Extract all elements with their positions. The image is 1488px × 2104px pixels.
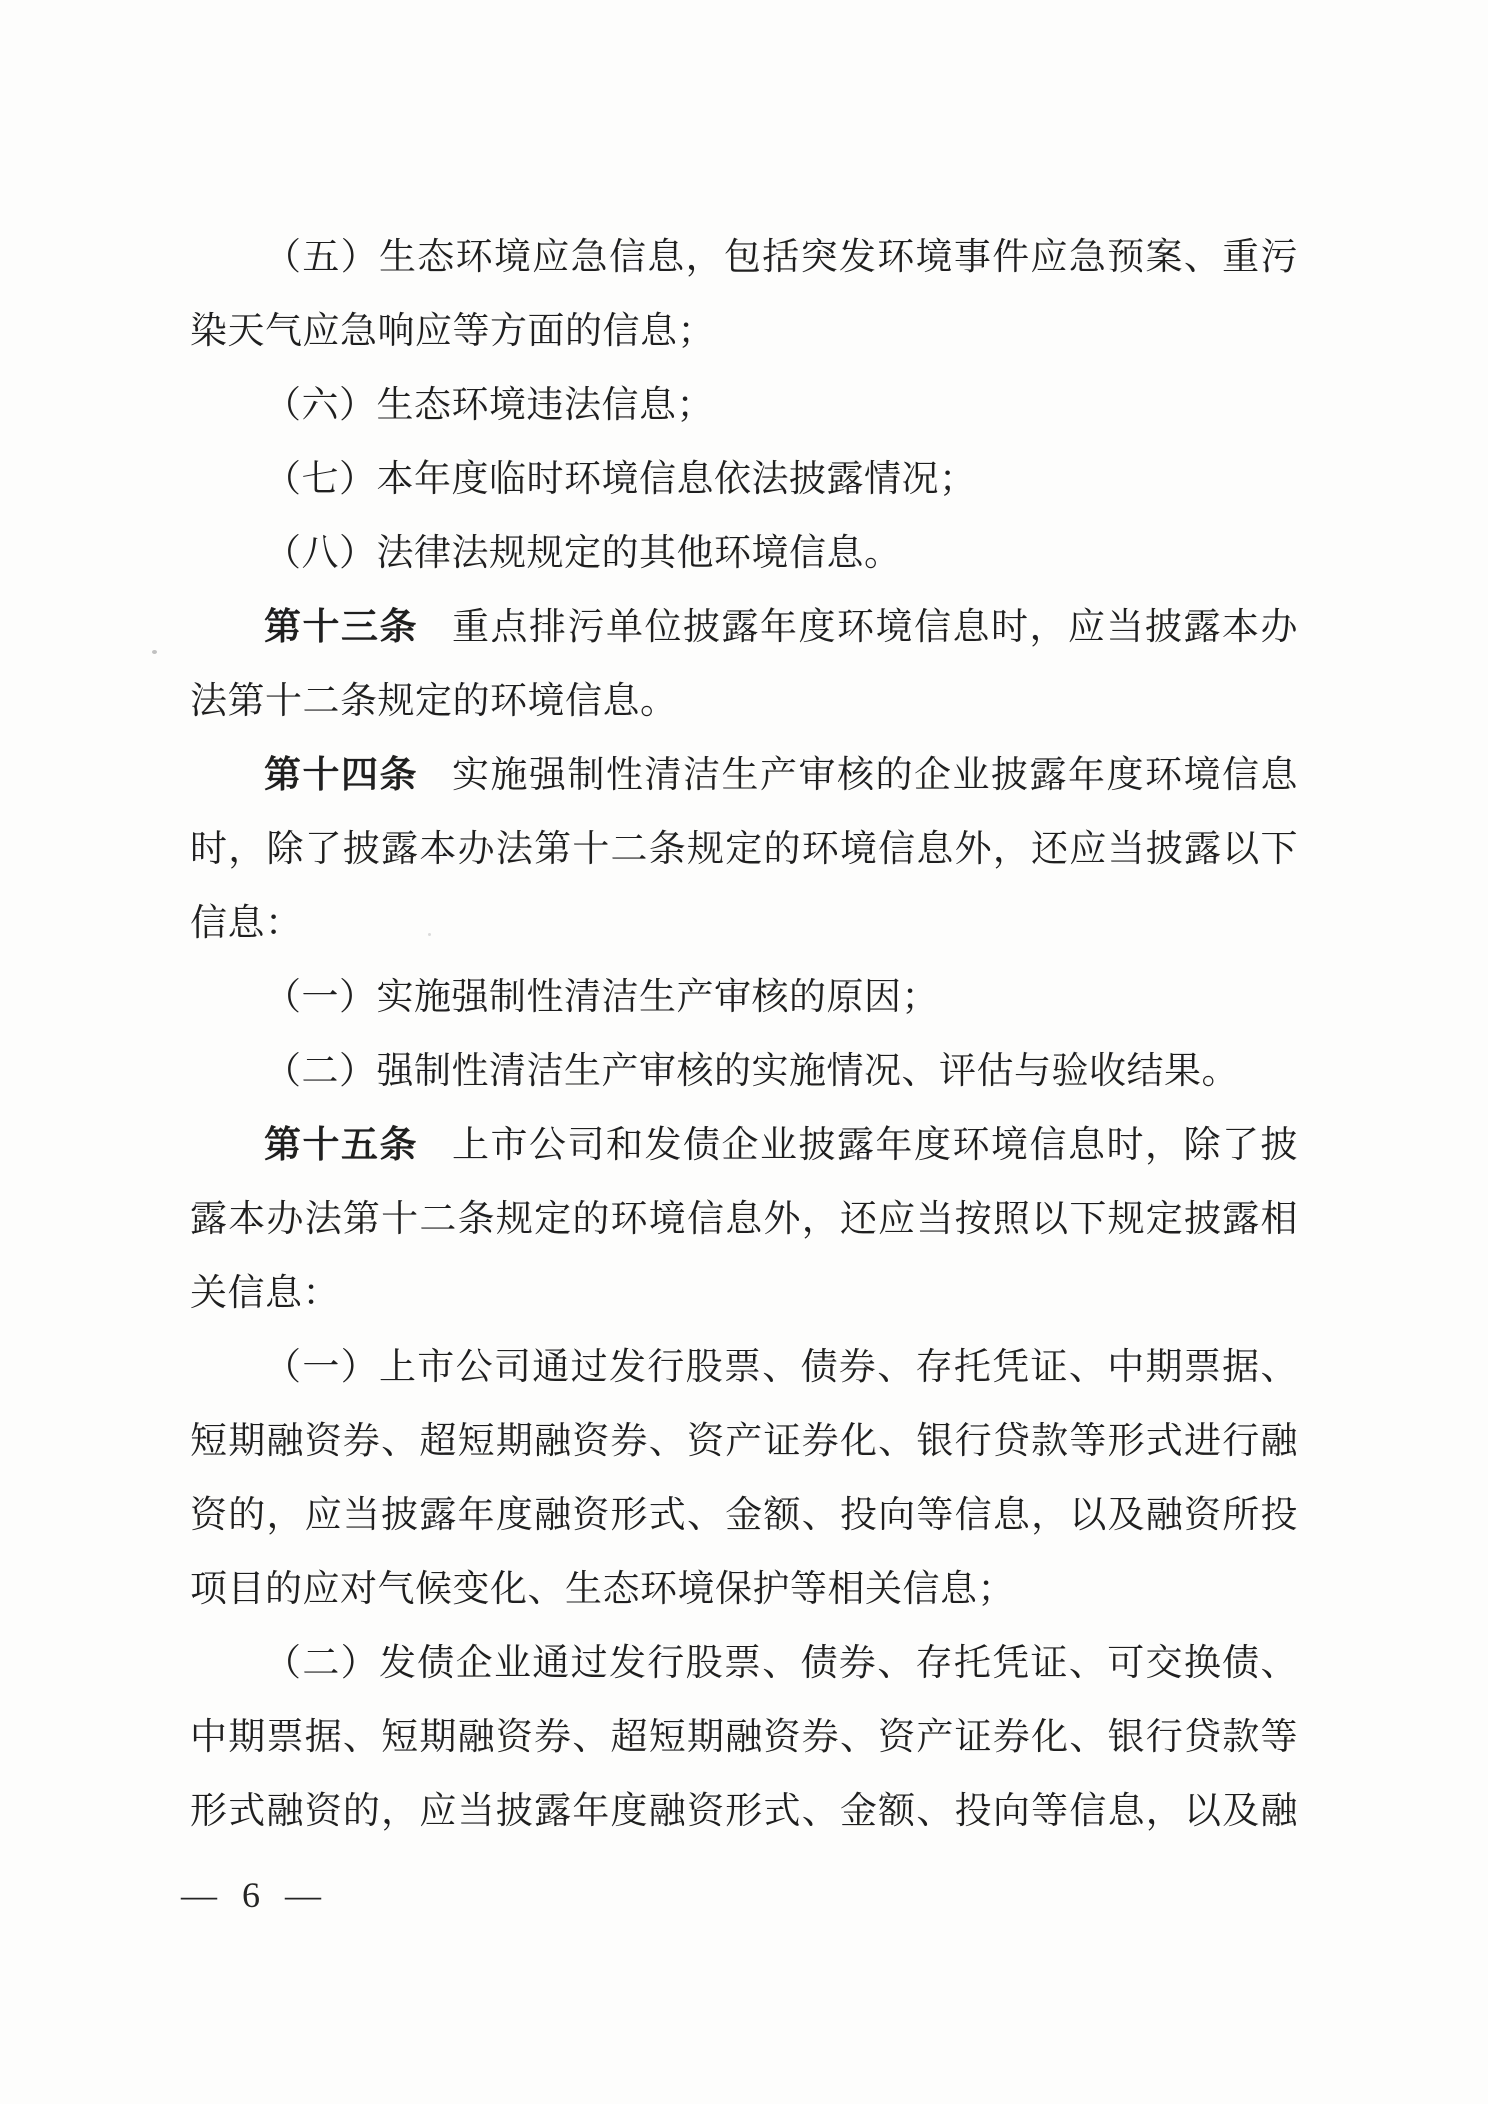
document-page: （五）生态环境应急信息，包括突发环境事件应急预案、重污 染天气应急响应等方面的信… [0,0,1488,2104]
line-text: 实施强制性清洁生产审核的企业披露年度环境信息 [452,755,1298,796]
body-line: 短期融资券、超短期融资券、资产证券化、银行贷款等形式进行融 [190,1405,1298,1479]
body-line: 第十三条重点排污单位披露年度环境信息时，应当披露本办 [190,591,1298,665]
paragraph-item-5: （五）生态环境应急信息，包括突发环境事件应急预案、重污 染天气应急响应等方面的信… [190,221,1298,369]
line-text: 露本办法第十二条规定的环境信息外，还应当按照以下规定披露相 [190,1199,1298,1240]
line-text: （二）发债企业通过发行股票、债券、存托凭证、可交换债、 [264,1643,1298,1684]
article-number-label: 第十四条 [264,755,418,796]
paragraph-item-2-cleanprod: （二）强制性清洁生产审核的实施情况、评估与验收结果。 [190,1035,1298,1109]
body-line: （二）强制性清洁生产审核的实施情况、评估与验收结果。 [190,1035,1298,1109]
line-text: 资的，应当披露年度融资形式、金额、投向等信息，以及融资所投 [190,1495,1298,1536]
line-text: （八）法律法规规定的其他环境信息。 [264,533,902,574]
article-number-label: 第十三条 [264,607,418,648]
paragraph-item-1-listed: （一）上市公司通过发行股票、债券、存托凭证、中期票据、 短期融资券、超短期融资券… [190,1331,1298,1627]
paragraph-item-2-bond: （二）发债企业通过发行股票、债券、存托凭证、可交换债、 中期票据、短期融资券、超… [190,1627,1298,1849]
paragraph-item-7: （七）本年度临时环境信息依法披露情况； [190,443,1298,517]
line-text: 时，除了披露本办法第十二条规定的环境信息外，还应当披露以下 [190,829,1298,870]
paragraph-article-14: 第十四条实施强制性清洁生产审核的企业披露年度环境信息 时，除了披露本办法第十二条… [190,739,1298,961]
line-text: 重点排污单位披露年度环境信息时，应当披露本办 [452,607,1298,648]
body-line: （六）生态环境违法信息； [190,369,1298,443]
paragraph-item-8: （八）法律法规规定的其他环境信息。 [190,517,1298,591]
body-line: 中期票据、短期融资券、超短期融资券、资产证券化、银行贷款等 [190,1701,1298,1775]
scan-speck [152,650,157,654]
body-line: 资的，应当披露年度融资形式、金额、投向等信息，以及融资所投 [190,1479,1298,1553]
body-line: （五）生态环境应急信息，包括突发环境事件应急预案、重污 [190,221,1298,295]
line-text: 中期票据、短期融资券、超短期融资券、资产证券化、银行贷款等 [190,1717,1298,1758]
line-text: 法第十二条规定的环境信息。 [190,681,678,722]
line-text: （六）生态环境违法信息； [264,385,714,426]
body-line: 项目的应对气候变化、生态环境保护等相关信息； [190,1553,1298,1627]
body-line: 法第十二条规定的环境信息。 [190,665,1298,739]
scan-speck [428,933,431,936]
line-text: （一）上市公司通过发行股票、债券、存托凭证、中期票据、 [264,1347,1298,1388]
line-text: 信息： [190,903,303,944]
line-text: 关信息： [190,1273,340,1314]
paragraph-item-1-cleanprod: （一）实施强制性清洁生产审核的原因； [190,961,1298,1035]
body-line: 染天气应急响应等方面的信息； [190,295,1298,369]
line-text: （一）实施强制性清洁生产审核的原因； [264,977,939,1018]
page-number: — 6 — [181,1858,321,1932]
line-text: （五）生态环境应急信息，包括突发环境事件应急预案、重污 [264,237,1298,278]
body-line: 露本办法第十二条规定的环境信息外，还应当按照以下规定披露相 [190,1183,1298,1257]
body-line: 形式融资的，应当披露年度融资形式、金额、投向等信息，以及融 [190,1775,1298,1849]
paragraph-article-15: 第十五条上市公司和发债企业披露年度环境信息时，除了披 露本办法第十二条规定的环境… [190,1109,1298,1331]
article-number-label: 第十五条 [264,1125,418,1166]
body-line: （二）发债企业通过发行股票、债券、存托凭证、可交换债、 [190,1627,1298,1701]
line-text: 短期融资券、超短期融资券、资产证券化、银行贷款等形式进行融 [190,1421,1298,1462]
line-text: 上市公司和发债企业披露年度环境信息时，除了披 [452,1125,1298,1166]
body-line: （七）本年度临时环境信息依法披露情况； [190,443,1298,517]
body-line: 关信息： [190,1257,1298,1331]
line-text: 形式融资的，应当披露年度融资形式、金额、投向等信息，以及融 [190,1791,1298,1832]
body-line: 时，除了披露本办法第十二条规定的环境信息外，还应当披露以下 [190,813,1298,887]
line-text: 项目的应对气候变化、生态环境保护等相关信息； [190,1569,1015,1610]
line-text: 染天气应急响应等方面的信息； [190,311,715,352]
line-text: （二）强制性清洁生产审核的实施情况、评估与验收结果。 [264,1051,1239,1092]
body-line: 信息： [190,887,1298,961]
body-line: 第十四条实施强制性清洁生产审核的企业披露年度环境信息 [190,739,1298,813]
body-line: （八）法律法规规定的其他环境信息。 [190,517,1298,591]
body-line: （一）上市公司通过发行股票、债券、存托凭证、中期票据、 [190,1331,1298,1405]
legal-text-block: （五）生态环境应急信息，包括突发环境事件应急预案、重污 染天气应急响应等方面的信… [190,221,1298,1849]
paragraph-article-13: 第十三条重点排污单位披露年度环境信息时，应当披露本办 法第十二条规定的环境信息。 [190,591,1298,739]
line-text: （七）本年度临时环境信息依法披露情况； [264,459,977,500]
body-line: 第十五条上市公司和发债企业披露年度环境信息时，除了披 [190,1109,1298,1183]
body-line: （一）实施强制性清洁生产审核的原因； [190,961,1298,1035]
paragraph-item-6: （六）生态环境违法信息； [190,369,1298,443]
